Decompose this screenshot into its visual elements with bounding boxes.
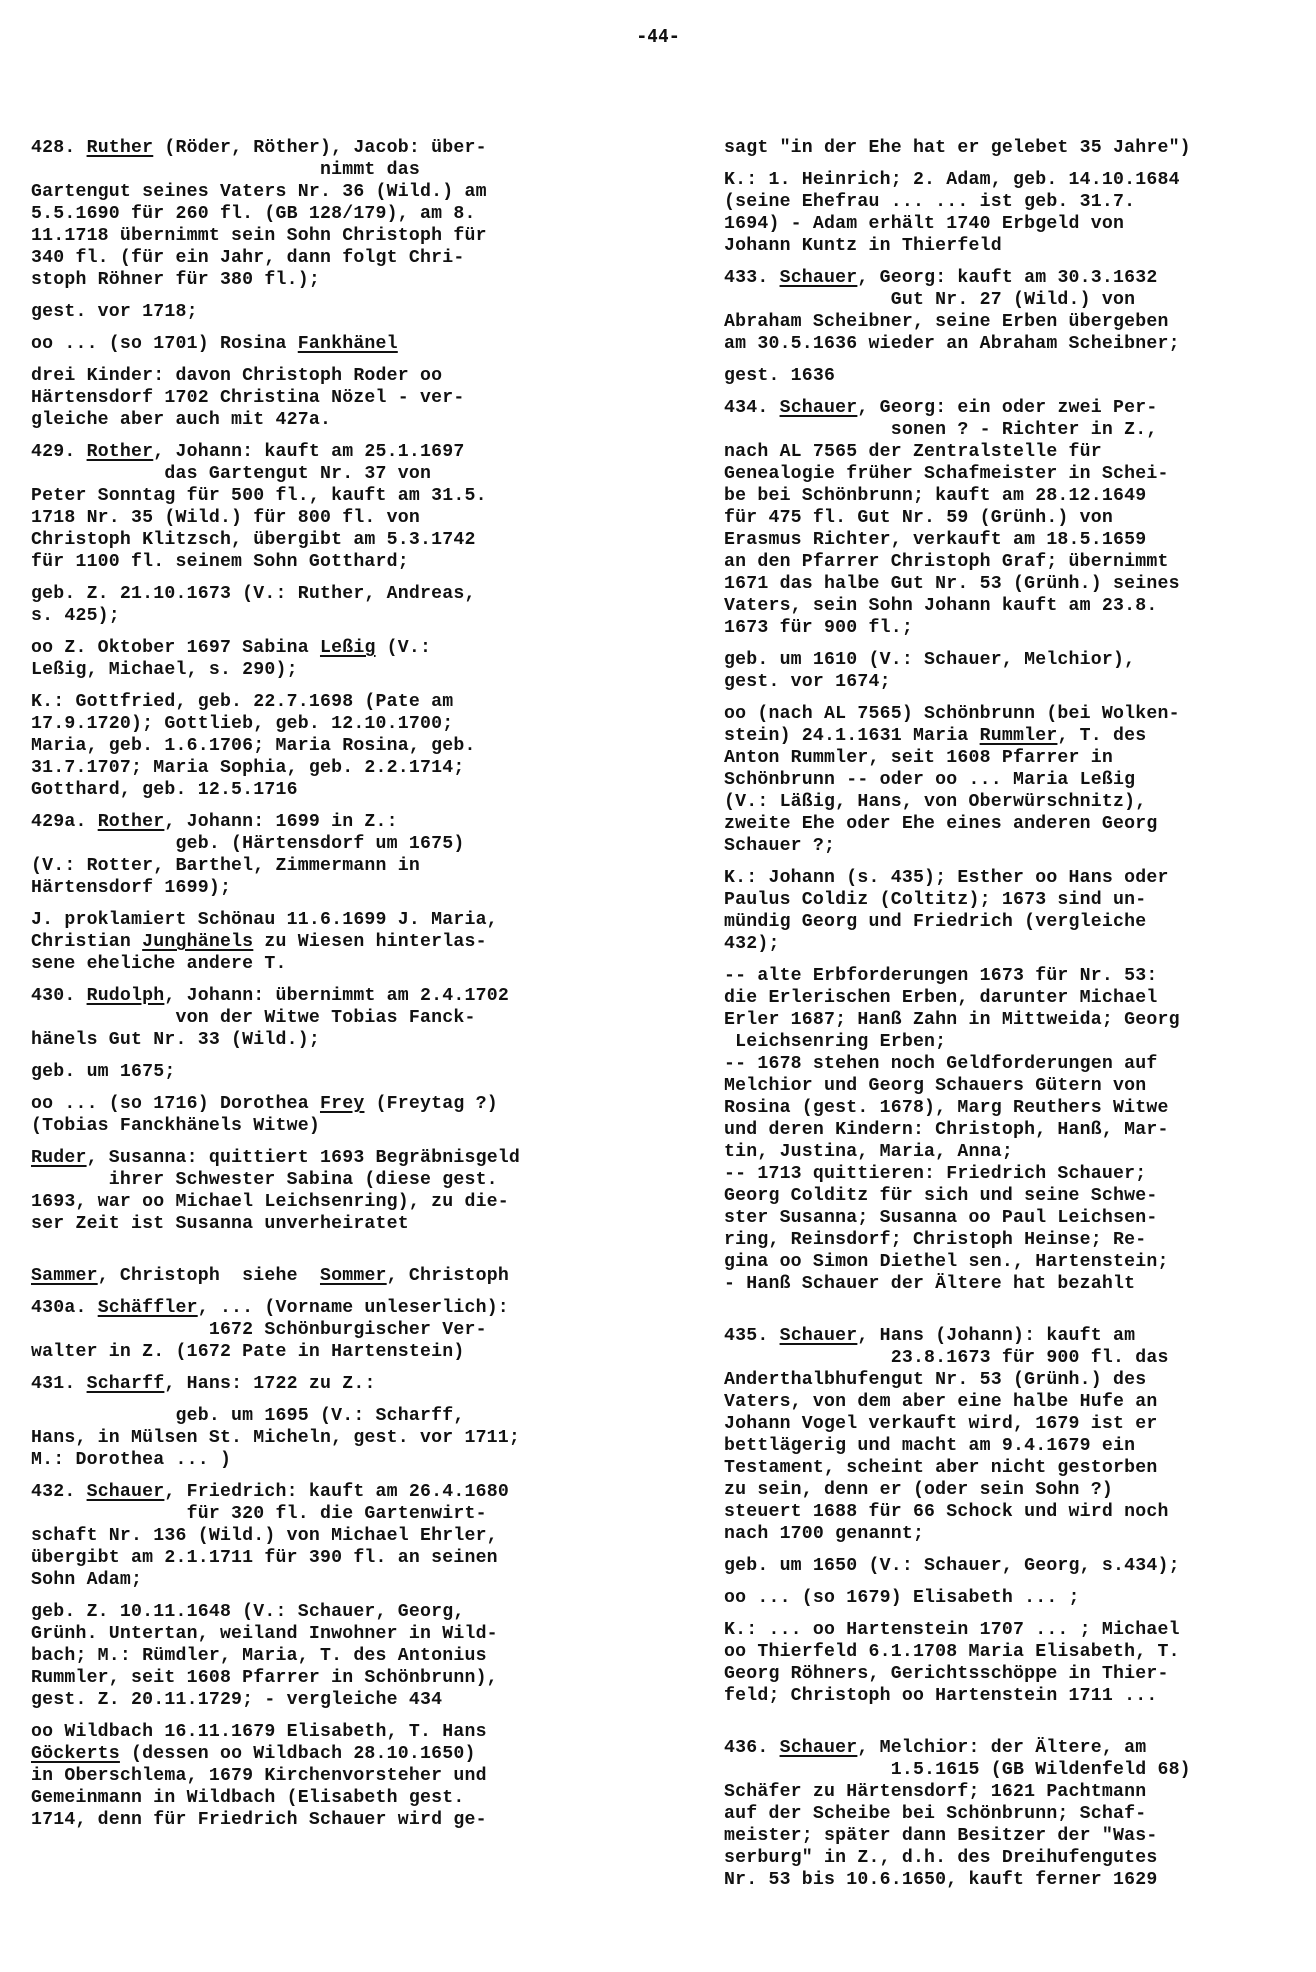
surname-underlined: Fankhänel xyxy=(298,334,398,354)
text-line: geb. um 1650 (V.: Schauer, Georg, s.434)… xyxy=(724,1555,1314,1577)
text-line: gleiche aber auch mit 427a. xyxy=(31,409,651,431)
surname-underlined: Schauer xyxy=(780,398,858,418)
surname-underlined: Junghänels xyxy=(142,932,253,952)
text-line: oo Wildbach 16.11.1679 Elisabeth, T. Han… xyxy=(31,1721,651,1743)
text-line: 1671 das halbe Gut Nr. 53 (Grünh.) seine… xyxy=(724,573,1314,595)
text-line: tin, Justina, Maria, Anna; xyxy=(724,1141,1314,1163)
text-line: Genealogie früher Schafmeister in Schei- xyxy=(724,463,1314,485)
text-line: ser Zeit ist Susanna unverheiratet xyxy=(31,1213,651,1235)
text-line: nach AL 7565 der Zentralstelle für xyxy=(724,441,1314,463)
entry-paragraph: K.: Gottfried, geb. 22.7.1698 (Pate am17… xyxy=(31,691,651,801)
text-line: (V.: Läßig, Hans, von Oberwürschnitz), xyxy=(724,791,1314,813)
surname-underlined: Rummler xyxy=(980,726,1058,746)
text-line: - Hanß Schauer der Ältere hat bezahlt xyxy=(724,1273,1314,1295)
text-line: oo (nach AL 7565) Schönbrunn (bei Wolken… xyxy=(724,703,1314,725)
text-line: Melchior und Georg Schauers Gütern von xyxy=(724,1075,1314,1097)
entry-paragraph: gest. vor 1718; xyxy=(31,301,651,323)
text-line: 1673 für 900 fl.; xyxy=(724,617,1314,639)
right-column: sagt "in der Ehe hat er gelebet 35 Jahre… xyxy=(724,137,1314,1901)
text-line: bach; M.: Rümdler, Maria, T. des Antoniu… xyxy=(31,1645,651,1667)
text-line: Anton Rummler, seit 1608 Pfarrer in xyxy=(724,747,1314,769)
text-line: 431. Scharff, Hans: 1722 zu Z.: xyxy=(31,1373,651,1395)
surname-underlined: Rother xyxy=(98,812,165,832)
text-line: Hans, in Mülsen St. Micheln, gest. vor 1… xyxy=(31,1427,651,1449)
entry-paragraph: oo ... (so 1679) Elisabeth ... ; xyxy=(724,1587,1314,1609)
text-line: Erler 1687; Hanß Zahn in Mittweida; Geor… xyxy=(724,1009,1314,1031)
text-line: zu sein, denn er (oder sein Sohn ?) xyxy=(724,1479,1314,1501)
surname-underlined: Frey xyxy=(320,1094,364,1114)
text-line: in Oberschlema, 1679 Kirchenvorsteher un… xyxy=(31,1765,651,1787)
text-line: 435. Schauer, Hans (Johann): kauft am xyxy=(724,1325,1314,1347)
text-line: Abraham Scheibner, seine Erben übergeben xyxy=(724,311,1314,333)
text-line: Rosina (gest. 1678), Marg Reuthers Witwe xyxy=(724,1097,1314,1119)
entry-paragraph: oo ... (so 1716) Dorothea Frey (Freytag … xyxy=(31,1093,651,1137)
text-line: meister; später dann Besitzer der "Was- xyxy=(724,1825,1314,1847)
text-line: geb. um 1675; xyxy=(31,1061,651,1083)
entry-paragraph: 431. Scharff, Hans: 1722 zu Z.: xyxy=(31,1373,651,1395)
text-line: 430. Rudolph, Johann: übernimmt am 2.4.1… xyxy=(31,985,651,1007)
text-line: für 1100 fl. seinem Sohn Gotthard; xyxy=(31,551,651,573)
text-line: K.: Johann (s. 435); Esther oo Hans oder xyxy=(724,867,1314,889)
text-line: 1672 Schönburgischer Ver- xyxy=(31,1319,651,1341)
text-line: Anderthalbhufengut Nr. 53 (Grünh.) des xyxy=(724,1369,1314,1391)
entry-paragraph: Ruder, Susanna: quittiert 1693 Begräbnis… xyxy=(31,1147,651,1235)
text-line: 11.1718 übernimmt sein Sohn Christoph fü… xyxy=(31,225,651,247)
text-line: zweite Ehe oder Ehe eines anderen Georg xyxy=(724,813,1314,835)
entry-paragraph: geb. um 1610 (V.: Schauer, Melchior),ges… xyxy=(724,649,1314,693)
text-line: 432); xyxy=(724,933,1314,955)
entry-paragraph: drei Kinder: davon Christoph Roder ooHär… xyxy=(31,365,651,431)
entry-paragraph: K.: Johann (s. 435); Esther oo Hans oder… xyxy=(724,867,1314,955)
text-line: oo Thierfeld 6.1.1708 Maria Elisabeth, T… xyxy=(724,1641,1314,1663)
text-line: 31.7.1707; Maria Sophia, geb. 2.2.1714; xyxy=(31,757,651,779)
text-line: Vaters, sein Sohn Johann kauft am 23.8. xyxy=(724,595,1314,617)
text-line: Vaters, von dem aber eine halbe Hufe an xyxy=(724,1391,1314,1413)
text-line: sonen ? - Richter in Z., xyxy=(724,419,1314,441)
surname-underlined: Schauer xyxy=(780,1326,858,1346)
surname-underlined: Schauer xyxy=(780,268,858,288)
text-line: 429. Rother, Johann: kauft am 25.1.1697 xyxy=(31,441,651,463)
text-line: s. 425); xyxy=(31,605,651,627)
entry-paragraph: K.: 1. Heinrich; 2. Adam, geb. 14.10.168… xyxy=(724,169,1314,257)
text-line: 1714, denn für Friedrich Schauer wird ge… xyxy=(31,1809,651,1831)
text-line: schaft Nr. 136 (Wild.) von Michael Ehrle… xyxy=(31,1525,651,1547)
entry-paragraph: 428. Ruther (Röder, Röther), Jacob: über… xyxy=(31,137,651,291)
text-line: Nr. 53 bis 10.6.1650, kauft ferner 1629 xyxy=(724,1869,1314,1891)
text-line: gest. vor 1718; xyxy=(31,301,651,323)
text-line: sagt "in der Ehe hat er gelebet 35 Jahre… xyxy=(724,137,1314,159)
text-line: Rummler, seit 1608 Pfarrer in Schönbrunn… xyxy=(31,1667,651,1689)
text-line: mündig Georg und Friedrich (vergleiche xyxy=(724,911,1314,933)
text-line: ster Susanna; Susanna oo Paul Leichsen- xyxy=(724,1207,1314,1229)
text-line: 433. Schauer, Georg: kauft am 30.3.1632 xyxy=(724,267,1314,289)
text-line: am 30.5.1636 wieder an Abraham Scheibner… xyxy=(724,333,1314,355)
text-line: stein) 24.1.1631 Maria Rummler, T. des xyxy=(724,725,1314,747)
surname-underlined: Sammer xyxy=(31,1266,98,1286)
text-line: Georg Colditz für sich und seine Schwe- xyxy=(724,1185,1314,1207)
surname-underlined: Schauer xyxy=(87,1482,165,1502)
entry-paragraph: gest. 1636 xyxy=(724,365,1314,387)
entry-paragraph: Sammer, Christoph siehe Sommer, Christop… xyxy=(31,1265,651,1287)
text-line: K.: ... oo Hartenstein 1707 ... ; Michae… xyxy=(724,1619,1314,1641)
text-line: ihrer Schwester Sabina (diese gest. xyxy=(31,1169,651,1191)
entry-paragraph: oo Z. Oktober 1697 Sabina Leßig (V.:Leßi… xyxy=(31,637,651,681)
text-line: 428. Ruther (Röder, Röther), Jacob: über… xyxy=(31,137,651,159)
entry-paragraph: K.: ... oo Hartenstein 1707 ... ; Michae… xyxy=(724,1619,1314,1707)
text-line: -- 1678 stehen noch Geldforderungen auf xyxy=(724,1053,1314,1075)
text-line: Leßig, Michael, s. 290); xyxy=(31,659,651,681)
text-line: nach 1700 genannt; xyxy=(724,1523,1314,1545)
text-line: oo Z. Oktober 1697 Sabina Leßig (V.: xyxy=(31,637,651,659)
text-line: 23.8.1673 für 900 fl. das xyxy=(724,1347,1314,1369)
text-line: Johann Vogel verkauft wird, 1679 ist er xyxy=(724,1413,1314,1435)
text-line: J. proklamiert Schönau 11.6.1699 J. Mari… xyxy=(31,909,651,931)
text-line: für 320 fl. die Gartenwirt- xyxy=(31,1503,651,1525)
entry-paragraph: J. proklamiert Schönau 11.6.1699 J. Mari… xyxy=(31,909,651,975)
text-line: Sohn Adam; xyxy=(31,1569,651,1591)
text-line: Sammer, Christoph siehe Sommer, Christop… xyxy=(31,1265,651,1287)
text-line: drei Kinder: davon Christoph Roder oo xyxy=(31,365,651,387)
surname-underlined: Rudolph xyxy=(87,986,165,1006)
entry-paragraph: 433. Schauer, Georg: kauft am 30.3.1632 … xyxy=(724,267,1314,355)
surname-underlined: Ruder xyxy=(31,1148,87,1168)
text-line: 436. Schauer, Melchior: der Ältere, am xyxy=(724,1737,1314,1759)
text-line: Schauer ?; xyxy=(724,835,1314,857)
entry-paragraph: geb. um 1650 (V.: Schauer, Georg, s.434)… xyxy=(724,1555,1314,1577)
text-line: 430a. Schäffler, ... (Vorname unleserlic… xyxy=(31,1297,651,1319)
text-line: Gotthard, geb. 12.5.1716 xyxy=(31,779,651,801)
text-line: geb. Z. 10.11.1648 (V.: Schauer, Georg, xyxy=(31,1601,651,1623)
text-line: 340 fl. (für ein Jahr, dann folgt Chri- xyxy=(31,247,651,269)
surname-underlined: Schäffler xyxy=(98,1298,198,1318)
text-line: Härtensdorf 1699); xyxy=(31,877,651,899)
text-line: oo ... (so 1716) Dorothea Frey (Freytag … xyxy=(31,1093,651,1115)
surname-underlined: Scharff xyxy=(87,1374,165,1394)
text-line: nimmt das xyxy=(31,159,651,181)
text-line: Erasmus Richter, verkauft am 18.5.1659 xyxy=(724,529,1314,551)
entry-paragraph: geb. um 1675; xyxy=(31,1061,651,1083)
text-line: sene eheliche andere T. xyxy=(31,953,651,975)
entry-paragraph: 436. Schauer, Melchior: der Ältere, am 1… xyxy=(724,1737,1314,1891)
entry-paragraph: geb. Z. 21.10.1673 (V.: Ruther, Andreas,… xyxy=(31,583,651,627)
text-line: gest. vor 1674; xyxy=(724,671,1314,693)
text-line: oo ... (so 1701) Rosina Fankhänel xyxy=(31,333,651,355)
text-line: be bei Schönbrunn; kauft am 28.12.1649 xyxy=(724,485,1314,507)
text-line: die Erlerischen Erben, darunter Michael xyxy=(724,987,1314,1009)
text-line: auf der Scheibe bei Schönbrunn; Schaf- xyxy=(724,1803,1314,1825)
text-line: geb. (Härtensdorf um 1675) xyxy=(31,833,651,855)
text-line: (V.: Rotter, Barthel, Zimmermann in xyxy=(31,855,651,877)
text-line: Christian Junghänels zu Wiesen hinterlas… xyxy=(31,931,651,953)
text-line: serburg" in Z., d.h. des Dreihufengutes xyxy=(724,1847,1314,1869)
text-line: gina oo Simon Diethel sen., Hartenstein; xyxy=(724,1251,1314,1273)
text-line: ring, Reinsdorf; Christoph Heinse; Re- xyxy=(724,1229,1314,1251)
text-line: hänels Gut Nr. 33 (Wild.); xyxy=(31,1029,651,1051)
text-line: -- alte Erbforderungen 1673 für Nr. 53: xyxy=(724,965,1314,987)
text-line: -- 1713 quittieren: Friedrich Schauer; xyxy=(724,1163,1314,1185)
text-line: Schönbrunn -- oder oo ... Maria Leßig xyxy=(724,769,1314,791)
surname-underlined: Rother xyxy=(87,442,154,462)
text-line: Gut Nr. 27 (Wild.) von xyxy=(724,289,1314,311)
text-line: geb. um 1695 (V.: Scharff, xyxy=(31,1405,651,1427)
text-line: stoph Röhner für 380 fl.); xyxy=(31,269,651,291)
text-line: Peter Sonntag für 500 fl., kauft am 31.5… xyxy=(31,485,651,507)
text-line: 1693, war oo Michael Leichsenring), zu d… xyxy=(31,1191,651,1213)
entry-paragraph: 430. Rudolph, Johann: übernimmt am 2.4.1… xyxy=(31,985,651,1051)
surname-underlined: Ruther xyxy=(87,138,154,158)
text-line: Ruder, Susanna: quittiert 1693 Begräbnis… xyxy=(31,1147,651,1169)
text-line: Gartengut seines Vaters Nr. 36 (Wild.) a… xyxy=(31,181,651,203)
text-line: für 475 fl. Gut Nr. 59 (Grünh.) von xyxy=(724,507,1314,529)
text-line: geb. Z. 21.10.1673 (V.: Ruther, Andreas, xyxy=(31,583,651,605)
text-line: gest. Z. 20.11.1729; - vergleiche 434 xyxy=(31,1689,651,1711)
text-line: von der Witwe Tobias Fanck- xyxy=(31,1007,651,1029)
text-line: 1718 Nr. 35 (Wild.) für 800 fl. von xyxy=(31,507,651,529)
text-line: Christoph Klitzsch, übergibt am 5.3.1742 xyxy=(31,529,651,551)
page-number: -44- xyxy=(0,26,1316,47)
entry-paragraph: 432. Schauer, Friedrich: kauft am 26.4.1… xyxy=(31,1481,651,1591)
entry-paragraph: 434. Schauer, Georg: ein oder zwei Per- … xyxy=(724,397,1314,639)
left-column: 428. Ruther (Röder, Röther), Jacob: über… xyxy=(31,137,651,1841)
text-line: oo ... (so 1679) Elisabeth ... ; xyxy=(724,1587,1314,1609)
entry-paragraph: -- alte Erbforderungen 1673 für Nr. 53:d… xyxy=(724,965,1314,1295)
text-line: 432. Schauer, Friedrich: kauft am 26.4.1… xyxy=(31,1481,651,1503)
text-line: 5.5.1690 für 260 fl. (GB 128/179), am 8. xyxy=(31,203,651,225)
text-line: 17.9.1720); Gottlieb, geb. 12.10.1700; xyxy=(31,713,651,735)
text-line: Schäfer zu Härtensdorf; 1621 Pachtmann xyxy=(724,1781,1314,1803)
text-line: 1694) - Adam erhält 1740 Erbgeld von xyxy=(724,213,1314,235)
text-line: Paulus Coldiz (Coltitz); 1673 sind un- xyxy=(724,889,1314,911)
text-line: Maria, geb. 1.6.1706; Maria Rosina, geb. xyxy=(31,735,651,757)
entry-paragraph: oo ... (so 1701) Rosina Fankhänel xyxy=(31,333,651,355)
text-line: M.: Dorothea ... ) xyxy=(31,1449,651,1471)
entry-paragraph: geb. um 1695 (V.: Scharff,Hans, in Mülse… xyxy=(31,1405,651,1471)
text-line: Georg Röhners, Gerichtsschöppe in Thier- xyxy=(724,1663,1314,1685)
text-line: steuert 1688 für 66 Schock und wird noch xyxy=(724,1501,1314,1523)
surname-underlined: Schauer xyxy=(780,1738,858,1758)
surname-underlined: Göckerts xyxy=(31,1744,120,1764)
text-line: übergibt am 2.1.1711 für 390 fl. an sein… xyxy=(31,1547,651,1569)
text-line: und deren Kindern: Christoph, Hanß, Mar- xyxy=(724,1119,1314,1141)
text-line: Göckerts (dessen oo Wildbach 28.10.1650) xyxy=(31,1743,651,1765)
text-line: Johann Kuntz in Thierfeld xyxy=(724,235,1314,257)
entry-paragraph: geb. Z. 10.11.1648 (V.: Schauer, Georg,G… xyxy=(31,1601,651,1711)
text-line: (seine Ehefrau ... ... ist geb. 31.7. xyxy=(724,191,1314,213)
entry-paragraph: oo Wildbach 16.11.1679 Elisabeth, T. Han… xyxy=(31,1721,651,1831)
entry-paragraph: 429. Rother, Johann: kauft am 25.1.1697 … xyxy=(31,441,651,573)
entry-paragraph: 430a. Schäffler, ... (Vorname unleserlic… xyxy=(31,1297,651,1363)
text-line: K.: Gottfried, geb. 22.7.1698 (Pate am xyxy=(31,691,651,713)
text-line: 434. Schauer, Georg: ein oder zwei Per- xyxy=(724,397,1314,419)
text-line: das Gartengut Nr. 37 von xyxy=(31,463,651,485)
text-line: an den Pfarrer Christoph Graf; übernimmt xyxy=(724,551,1314,573)
text-line: Härtensdorf 1702 Christina Nözel - ver- xyxy=(31,387,651,409)
text-line: Grünh. Untertan, weiland Inwohner in Wil… xyxy=(31,1623,651,1645)
text-line: gest. 1636 xyxy=(724,365,1314,387)
text-line: Leichsenring Erben; xyxy=(724,1031,1314,1053)
text-line: (Tobias Fanckhänels Witwe) xyxy=(31,1115,651,1137)
entry-paragraph: oo (nach AL 7565) Schönbrunn (bei Wolken… xyxy=(724,703,1314,857)
text-line: Gemeinmann in Wildbach (Elisabeth gest. xyxy=(31,1787,651,1809)
entry-paragraph: sagt "in der Ehe hat er gelebet 35 Jahre… xyxy=(724,137,1314,159)
text-line: bettlägerig und macht am 9.4.1679 ein xyxy=(724,1435,1314,1457)
text-line: K.: 1. Heinrich; 2. Adam, geb. 14.10.168… xyxy=(724,169,1314,191)
text-line: 1.5.1615 (GB Wildenfeld 68) xyxy=(724,1759,1314,1781)
surname-underlined: Leßig xyxy=(320,638,376,658)
entry-paragraph: 429a. Rother, Johann: 1699 in Z.: geb. (… xyxy=(31,811,651,899)
text-line: geb. um 1610 (V.: Schauer, Melchior), xyxy=(724,649,1314,671)
text-line: 429a. Rother, Johann: 1699 in Z.: xyxy=(31,811,651,833)
surname-underlined: Sommer xyxy=(320,1266,387,1286)
text-line: Testament, scheint aber nicht gestorben xyxy=(724,1457,1314,1479)
text-line: feld; Christoph oo Hartenstein 1711 ... xyxy=(724,1685,1314,1707)
text-line: walter in Z. (1672 Pate in Hartenstein) xyxy=(31,1341,651,1363)
entry-paragraph: 435. Schauer, Hans (Johann): kauft am 23… xyxy=(724,1325,1314,1545)
